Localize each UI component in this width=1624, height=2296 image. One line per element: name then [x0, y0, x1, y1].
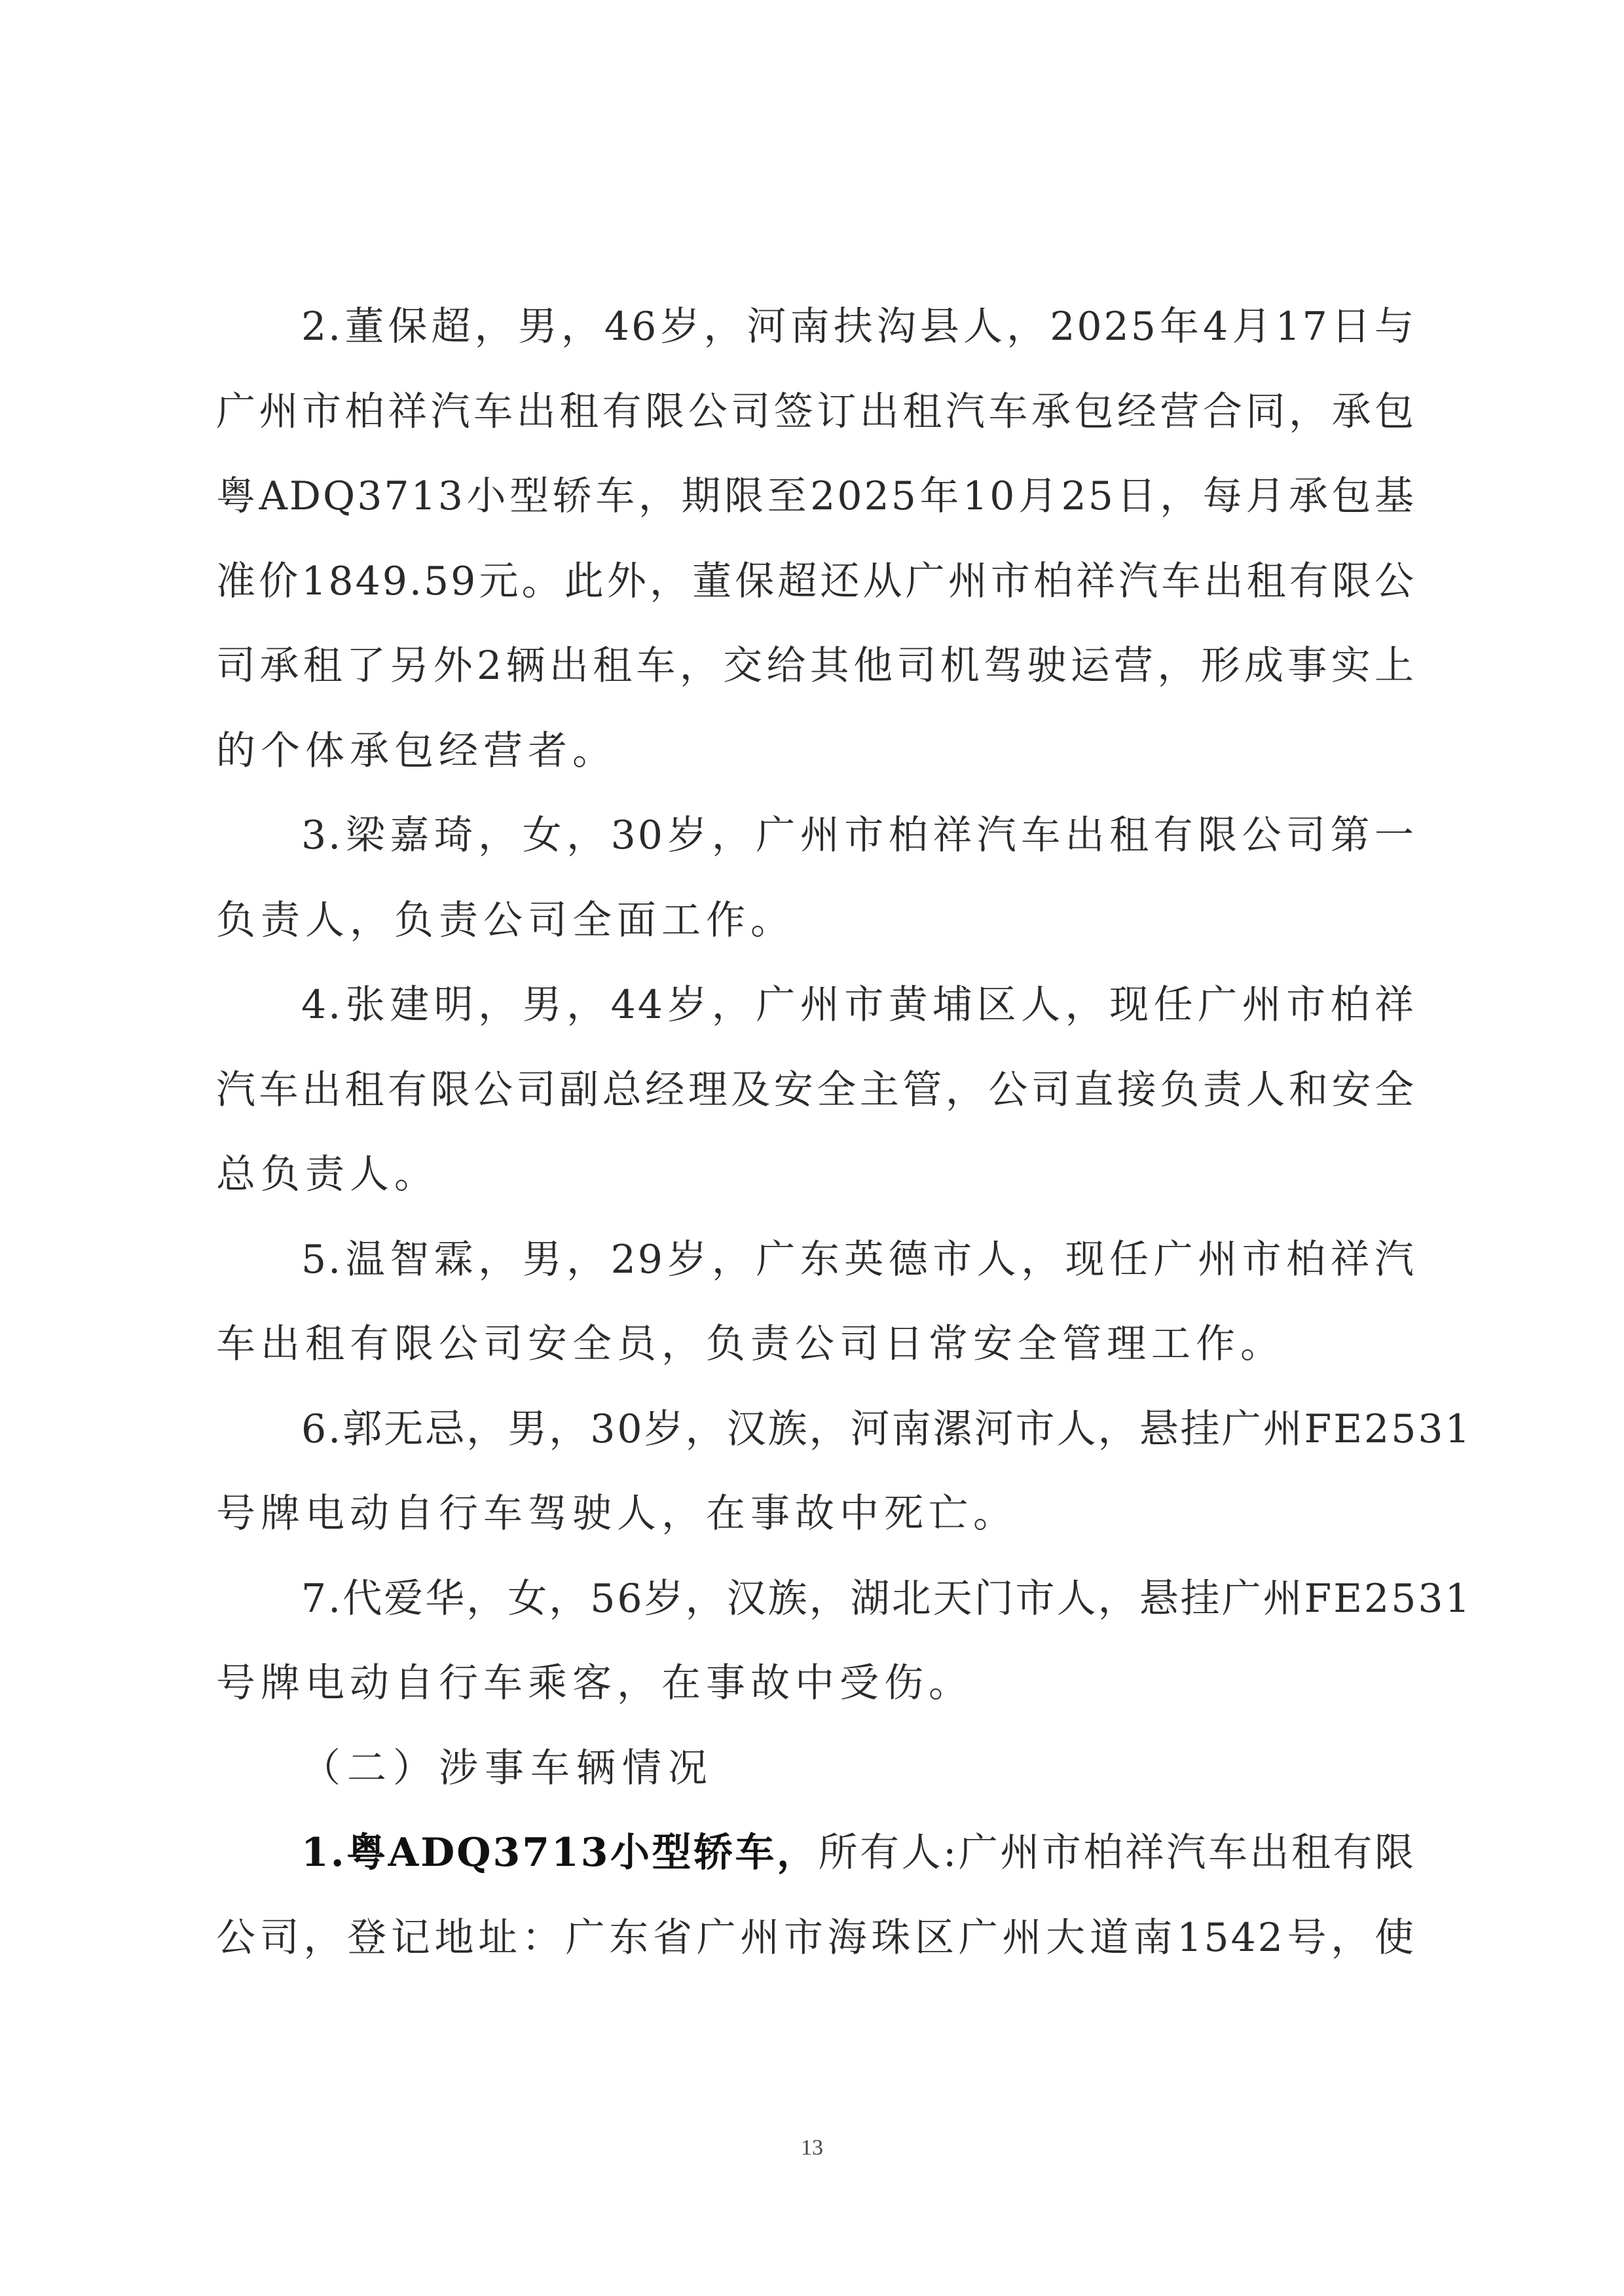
vehicle-title: 1.粤ADQ3713小型轿车， — [301, 1830, 819, 1876]
vehicle-item-1: 1.粤ADQ3713小型轿车，所有人:广州市柏祥汽车出租有限 公司，登记地址：广… — [216, 1811, 1416, 1980]
person-item-5: 5.温智霖，男，29岁，广东英德市人，现任广州市柏祥汽 车出租有限公司安全员，负… — [216, 1218, 1416, 1387]
text-line: 号牌电动自行车驾驶人，在事故中死亡。 — [216, 1472, 1416, 1557]
text-line: 车出租有限公司安全员，负责公司日常安全管理工作。 — [216, 1302, 1416, 1387]
text-line: 准价1849.59元。此外，董保超还从广州市柏祥汽车出租有限公 — [216, 539, 1416, 625]
person-item-2: 2.董保超，男，46岁，河南扶沟县人，2025年4月17日与 广州市柏祥汽车出租… — [216, 285, 1416, 793]
text-line: 3.梁嘉琦，女，30岁，广州市柏祥汽车出租有限公司第一 — [216, 793, 1416, 879]
text-line: 公司，登记地址：广东省广州市海珠区广州大道南1542号，使 — [216, 1896, 1416, 1981]
text-line: 广州市柏祥汽车出租有限公司签订出租汽车承包经营合同，承包 — [216, 370, 1416, 455]
text-line: 总负责人。 — [216, 1133, 1416, 1218]
person-item-7: 7.代爱华，女，56岁，汉族，湖北天门市人，悬挂广州FE2531 号牌电动自行车… — [216, 1557, 1416, 1726]
text-line: 号牌电动自行车乘客，在事故中受伤。 — [216, 1641, 1416, 1726]
person-item-6: 6.郭无忌，男，30岁，汉族，河南漯河市人，悬挂广州FE2531 号牌电动自行车… — [216, 1387, 1416, 1557]
section-heading: （二）涉事车辆情况 — [216, 1726, 1416, 1812]
document-page: 2.董保超，男，46岁，河南扶沟县人，2025年4月17日与 广州市柏祥汽车出租… — [0, 0, 1624, 2296]
text-line: 7.代爱华，女，56岁，汉族，湖北天门市人，悬挂广州FE2531 — [216, 1557, 1416, 1642]
person-item-3: 3.梁嘉琦，女，30岁，广州市柏祥汽车出租有限公司第一 负责人，负责公司全面工作… — [216, 793, 1416, 963]
person-item-4: 4.张建明，男，44岁，广州市黄埔区人，现任广州市柏祥 汽车出租有限公司副总经理… — [216, 963, 1416, 1218]
text-line: 2.董保超，男，46岁，河南扶沟县人，2025年4月17日与 — [216, 285, 1416, 370]
text-line: 粤ADQ3713小型轿车，期限至2025年10月25日，每月承包基 — [216, 454, 1416, 539]
text-line: 1.粤ADQ3713小型轿车，所有人:广州市柏祥汽车出租有限 — [216, 1811, 1416, 1896]
vehicle-owner-text: 所有人:广州市柏祥汽车出租有限 — [819, 1830, 1416, 1876]
page-number: 13 — [0, 2136, 1624, 2160]
text-line: 汽车出租有限公司副总经理及安全主管，公司直接负责人和安全 — [216, 1048, 1416, 1133]
body-text: 2.董保超，男，46岁，河南扶沟县人，2025年4月17日与 广州市柏祥汽车出租… — [216, 285, 1416, 1980]
text-line: 司承租了另外2辆出租车，交给其他司机驾驶运营，形成事实上 — [216, 624, 1416, 709]
text-line: 5.温智霖，男，29岁，广东英德市人，现任广州市柏祥汽 — [216, 1218, 1416, 1303]
text-line: 负责人，负责公司全面工作。 — [216, 879, 1416, 964]
text-line: 的个体承包经营者。 — [216, 709, 1416, 794]
text-line: 4.张建明，男，44岁，广州市黄埔区人，现任广州市柏祥 — [216, 963, 1416, 1048]
text-line: 6.郭无忌，男，30岁，汉族，河南漯河市人，悬挂广州FE2531 — [216, 1387, 1416, 1472]
